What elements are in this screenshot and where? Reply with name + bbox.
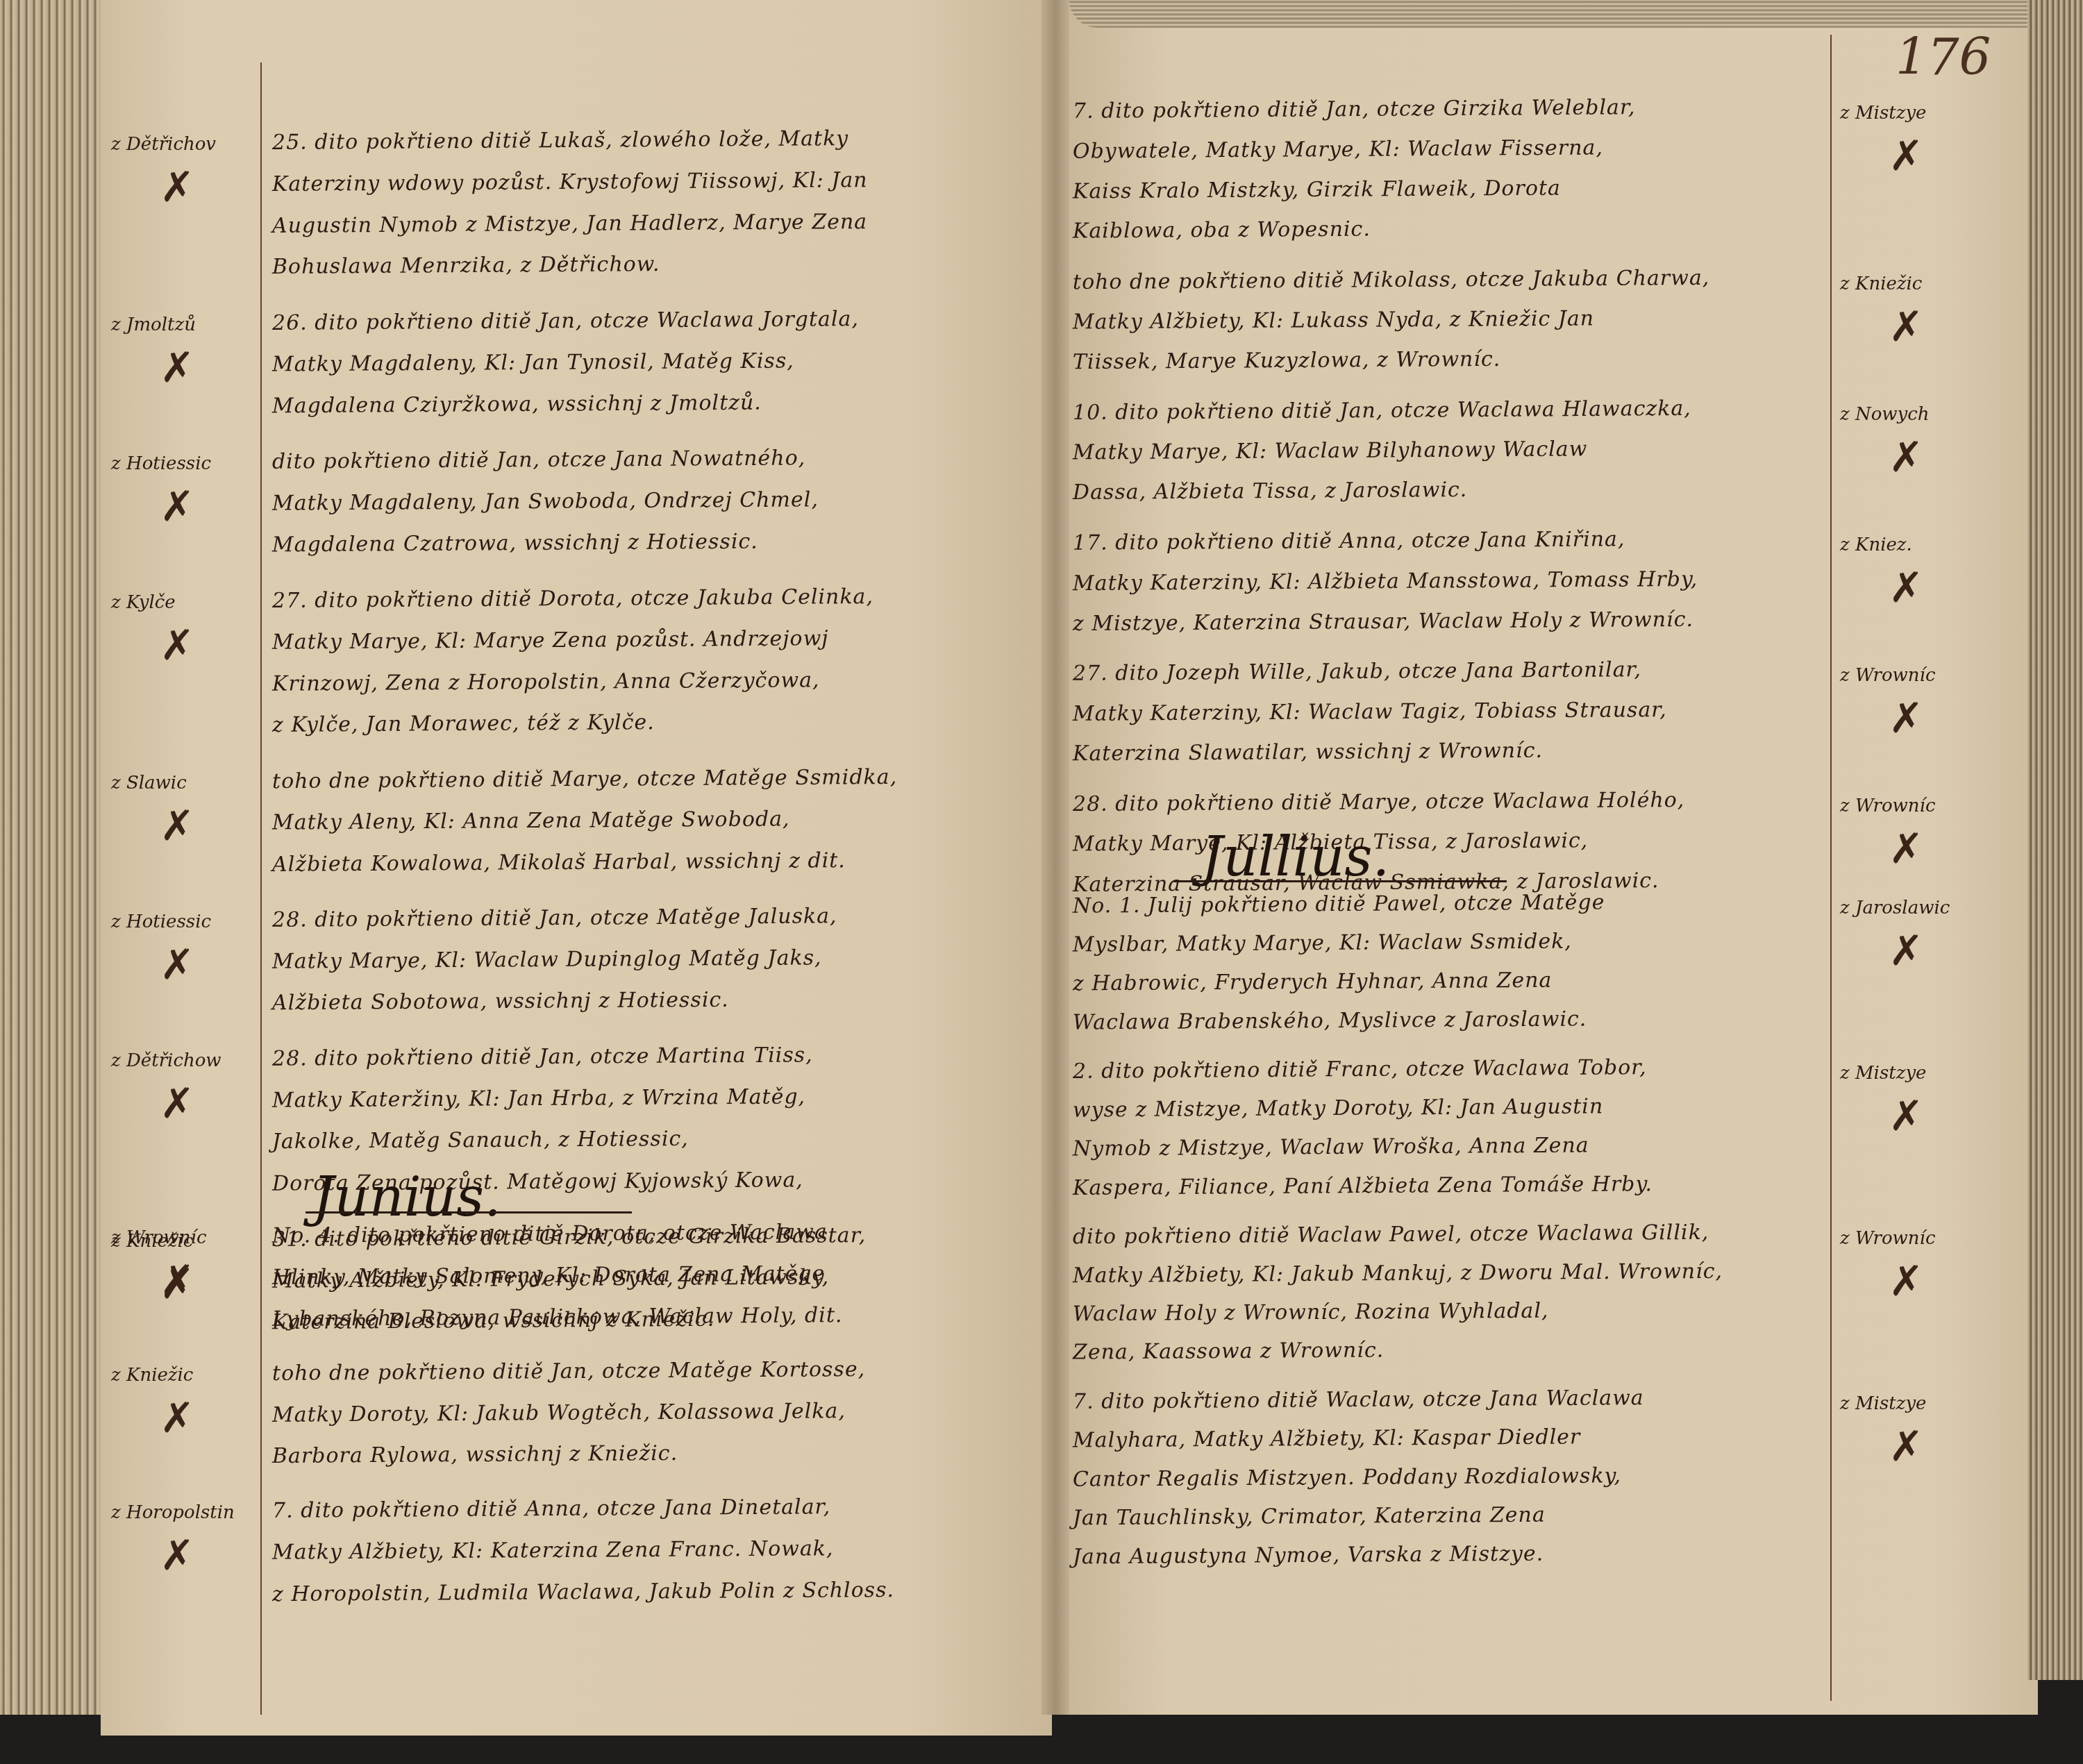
entry-line: Krinzowj, Zena z Horopolstin, Anna Cžerz… <box>272 668 820 696</box>
open-register-book: 176 z Dětřichov✗25. dito pokřtieno ditiě… <box>0 0 2083 1764</box>
entry-line: Magdalena Cziyržkowa, wssichnj z Jmoltzů… <box>272 391 762 419</box>
entry-line: toho dne pokřtieno ditiě Jan, otcze Matě… <box>272 1357 865 1386</box>
entry-line: 27. dito Jozeph Wille, Jakub, otcze Jana… <box>1073 657 1641 686</box>
page-number: 176 <box>1896 28 1991 86</box>
cross-mark-icon: ✗ <box>1889 825 1923 873</box>
entry-line: Jakolke, Matěg Sanauch, z Hotiessic, <box>272 1127 689 1154</box>
entry-line: dito pokřtieno ditiě Waclaw Pawel, otcze… <box>1073 1220 1709 1249</box>
right-page-edges <box>2027 0 2083 1680</box>
margin-place-name: z Hotiessic <box>111 453 211 474</box>
entry-line: 27. dito pokřtieno ditiě Dorota, otcze J… <box>272 585 873 613</box>
entry-line: Zena, Kaassowa z Wrowníc. <box>1073 1338 1384 1364</box>
entry-line: z Horopolstin, Ludmila Waclawa, Jakub Po… <box>272 1578 894 1606</box>
entry-line: wyse z Mistzye, Matky Doroty, Kl: Jan Au… <box>1073 1094 1603 1122</box>
entry-line: 10. dito pokřtieno ditiě Jan, otcze Wacl… <box>1073 396 1691 425</box>
entry-line: 25. dito pokřtieno ditiě Lukaš, zlowého … <box>272 126 848 155</box>
margin-place-name: z Kniez. <box>1840 535 1912 555</box>
entry-line: Katerziny wdowy pozůst. Krystofowj Tiiss… <box>272 168 868 196</box>
entry-line: Hlinky, Matky Salomeny, Kl: Dorota Zena … <box>272 1261 825 1290</box>
margin-place-name: z Mistzye <box>1840 1393 1926 1414</box>
entry-line: Nymob z Mistzye, Waclaw Wroška, Anna Zen… <box>1073 1133 1589 1161</box>
cross-mark-icon: ✗ <box>1889 132 1923 180</box>
margin-place-name: z Mistzye <box>1840 103 1926 124</box>
cross-mark-icon: ✗ <box>160 621 194 670</box>
margin-place-name: z Hotiessic <box>111 912 211 932</box>
cross-mark-icon: ✗ <box>160 802 194 850</box>
entry-line: toho dne pokřtieno ditiě Marye, otcze Ma… <box>272 765 897 793</box>
entry-line: Bohuslawa Menrzika, z Dětřichow. <box>272 252 660 279</box>
entry-line: 7. dito pokřtieno ditiě Jan, otcze Girzi… <box>1073 95 1636 124</box>
cross-mark-icon: ✗ <box>1889 433 1923 482</box>
margin-place-name: z Kniežic <box>111 1365 193 1386</box>
entry-line: Waclawa Brabenského, Myslivce z Jaroslaw… <box>1073 1007 1587 1034</box>
entry-line: Matky Magdaleny, Jan Swoboda, Ondrzej Ch… <box>272 487 819 515</box>
margin-place-name: z Wrowníc <box>1840 1228 1935 1249</box>
entry-line: Matky Alžbiety, Kl: Lukass Nyda, z Kniež… <box>1073 306 1594 334</box>
cross-mark-icon: ✗ <box>1889 303 1923 351</box>
margin-place-name: z Kniežic <box>1840 274 1922 294</box>
entry-line: Matky Alžbiety, Kl: Jakub Mankuj, z Dwor… <box>1073 1259 1723 1288</box>
entry-line: 28. dito pokřtieno ditiě Marye, otcze Wa… <box>1073 788 1685 816</box>
entry-line: 2. dito pokřtieno ditiě Franc, otcze Wac… <box>1073 1055 1647 1084</box>
margin-place-name: z Wrowníc <box>1840 665 1935 686</box>
month-heading-jullius: Jullius. <box>1201 826 1389 889</box>
entry-line: Lybanského, Rozyna Paulickowa, Waclaw Ho… <box>272 1303 843 1332</box>
entry-line: No. 4. dito pokřtieno ditiě Dorota, otcz… <box>272 1220 828 1248</box>
book-gutter <box>1041 0 1069 1715</box>
cross-mark-icon: ✗ <box>1889 1092 1923 1141</box>
entry-line: Matky Alžbiety, Kl: Katerzina Zena Franc… <box>272 1536 834 1565</box>
month-heading-junius: Junius. <box>312 1166 501 1229</box>
cross-mark-icon: ✗ <box>160 344 194 392</box>
entry-line: Matky Aleny, Kl: Anna Zena Matěge Swobod… <box>272 807 790 834</box>
margin-place-name: z Nowych <box>1840 404 1930 425</box>
entry-line: 26. dito pokřtieno ditiě Jan, otcze Wacl… <box>272 307 859 335</box>
cross-mark-icon: ✗ <box>160 163 194 212</box>
entry-line: Matky Kateržiny, Kl: Jan Hrba, z Wrzina … <box>272 1084 805 1112</box>
cross-mark-icon: ✗ <box>160 482 194 531</box>
entry-line: z Mistzye, Katerzina Strausar, Waclaw Ho… <box>1073 607 1693 636</box>
entry-line: Matky Marye, Kl: Marye Zena pozůst. Andr… <box>272 626 829 655</box>
entry-line: Augustin Nymob z Mistzye, Jan Hadlerz, M… <box>272 210 867 238</box>
margin-place-name: z Kylče <box>111 592 176 613</box>
entry-line: Jana Augustyna Nymoe, Varska z Mistzye. <box>1073 1542 1544 1570</box>
entry-line: Kaspera, Filiance, Paní Alžbieta Zena To… <box>1073 1172 1653 1200</box>
entry-line: Matky Doroty, Kl: Jakub Wogtěch, Kolasso… <box>272 1399 846 1427</box>
entry-line: Alžbieta Sobotowa, wssichnj z Hotiessic. <box>272 988 729 1016</box>
cross-mark-icon: ✗ <box>160 1257 194 1305</box>
heading-underline <box>1173 880 1507 882</box>
cross-mark-icon: ✗ <box>1889 927 1923 975</box>
entry-line: 7. dito pokřtieno ditiě Waclaw, otcze Ja… <box>1073 1386 1644 1414</box>
left-page-edges <box>0 0 104 1715</box>
cross-mark-icon: ✗ <box>1889 1422 1923 1471</box>
entry-line: Katerzina Slawatilar, wssichnj z Wrowníc… <box>1073 739 1543 766</box>
entry-line: Kaiss Kralo Mistzky, Girzik Flaweik, Dor… <box>1073 176 1561 204</box>
entry-line: Matky Marye, Kl: Waclaw Bilyhanowy Wacla… <box>1073 437 1588 464</box>
entry-line: 28. dito pokřtieno ditiě Jan, otcze Matě… <box>272 904 837 932</box>
margin-place-name: z Jmoltzů <box>111 314 196 335</box>
entry-line: 7. dito pokřtieno ditiě Anna, otcze Jana… <box>272 1495 830 1523</box>
entry-line: Malyhara, Matky Alžbiety, Kl: Kaspar Die… <box>1073 1425 1581 1452</box>
left-margin-rule <box>260 62 262 1715</box>
entry-line: Matky Magdaleny, Kl: Jan Tynosil, Matěg … <box>272 348 794 376</box>
entry-line: Cantor Regalis Mistzyen. Poddany Rozdial… <box>1073 1463 1621 1492</box>
cross-mark-icon: ✗ <box>1889 694 1923 743</box>
entry-line: Matky Katerziny, Kl: Alžbieta Mansstowa,… <box>1073 567 1698 596</box>
cross-mark-icon: ✗ <box>160 1531 194 1580</box>
margin-place-name: z Horopolstin <box>111 1502 235 1523</box>
entry-line: Barbora Rylowa, wssichnj z Kniežic. <box>272 1441 678 1468</box>
entry-line: Matky Marye, Kl: Waclaw Dupinglog Matěg … <box>272 946 822 974</box>
entry-line: Obywatele, Matky Marye, Kl: Waclaw Fisse… <box>1073 135 1603 163</box>
entry-line: Kaiblowa, oba z Wopesnic. <box>1073 217 1371 244</box>
margin-place-name: z Wrowníc <box>1840 796 1935 816</box>
entry-line: Waclaw Holy z Wrowníc, Rozina Wyhladal, <box>1073 1299 1549 1327</box>
entry-line: Matky Katerziny, Kl: Waclaw Tagiz, Tobia… <box>1073 698 1667 726</box>
entry-line: z Habrowic, Fryderych Hyhnar, Anna Zena <box>1073 968 1553 996</box>
entry-line: 28. dito pokřtieno ditiě Jan, otcze Mart… <box>272 1043 813 1070</box>
margin-place-name: z Wrowníc <box>111 1227 206 1248</box>
entry-line: Dassa, Alžbieta Tissa, z Jaroslawic. <box>1073 478 1468 505</box>
heading-underline <box>306 1211 632 1213</box>
cross-mark-icon: ✗ <box>160 941 194 989</box>
top-page-edges <box>1069 0 2034 28</box>
cross-mark-icon: ✗ <box>160 1080 194 1128</box>
entry-line: Alžbieta Kowalowa, Mikolaš Harbal, wssic… <box>272 848 846 877</box>
right-margin-rule <box>1830 35 1832 1701</box>
entry-line: Magdalena Czatrowa, wssichnj z Hotiessic… <box>272 530 758 557</box>
entry-line: Myslbar, Matky Marye, Kl: Waclaw Ssmidek… <box>1073 929 1572 957</box>
entry-line: No. 1. Julij pokřtieno ditiě Pawel, otcz… <box>1073 890 1605 918</box>
margin-place-name: z Dětřichov <box>111 134 216 155</box>
entry-line: 17. dito pokřtieno ditiě Anna, otcze Jan… <box>1073 527 1625 555</box>
cross-mark-icon: ✗ <box>1889 1257 1923 1306</box>
entry-line: Tiissek, Marye Kuzyzlowa, z Wrowníc. <box>1073 347 1501 374</box>
entry-line: toho dne pokřtieno ditiě Mikolass, otcze… <box>1073 266 1709 294</box>
entry-line: dito pokřtieno ditiě Jan, otcze Jana Now… <box>272 446 805 473</box>
entry-line: z Kylče, Jan Morawec, též z Kylče. <box>272 710 655 737</box>
margin-place-name: z Jaroslawic <box>1840 898 1950 918</box>
margin-place-name: z Mistzye <box>1840 1063 1926 1084</box>
cross-mark-icon: ✗ <box>1889 564 1923 612</box>
margin-place-name: z Slawic <box>111 773 187 793</box>
entry-line: Jan Tauchlinsky, Crimator, Katerzina Zen… <box>1073 1503 1546 1531</box>
margin-place-name: z Dětřichow <box>111 1050 221 1071</box>
cross-mark-icon: ✗ <box>160 1394 194 1443</box>
